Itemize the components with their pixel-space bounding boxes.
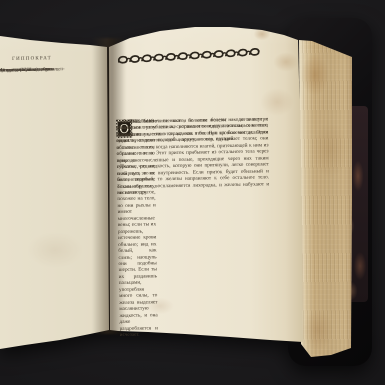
photo-open-book: ГИППОКРАТ е высказывается здесь впервые,… xyxy=(0,0,385,385)
running-head: ГИППОКРАТ xyxy=(12,56,52,62)
body-paragraph-3: 3. Более многочисленные и большие железы… xyxy=(116,116,268,144)
